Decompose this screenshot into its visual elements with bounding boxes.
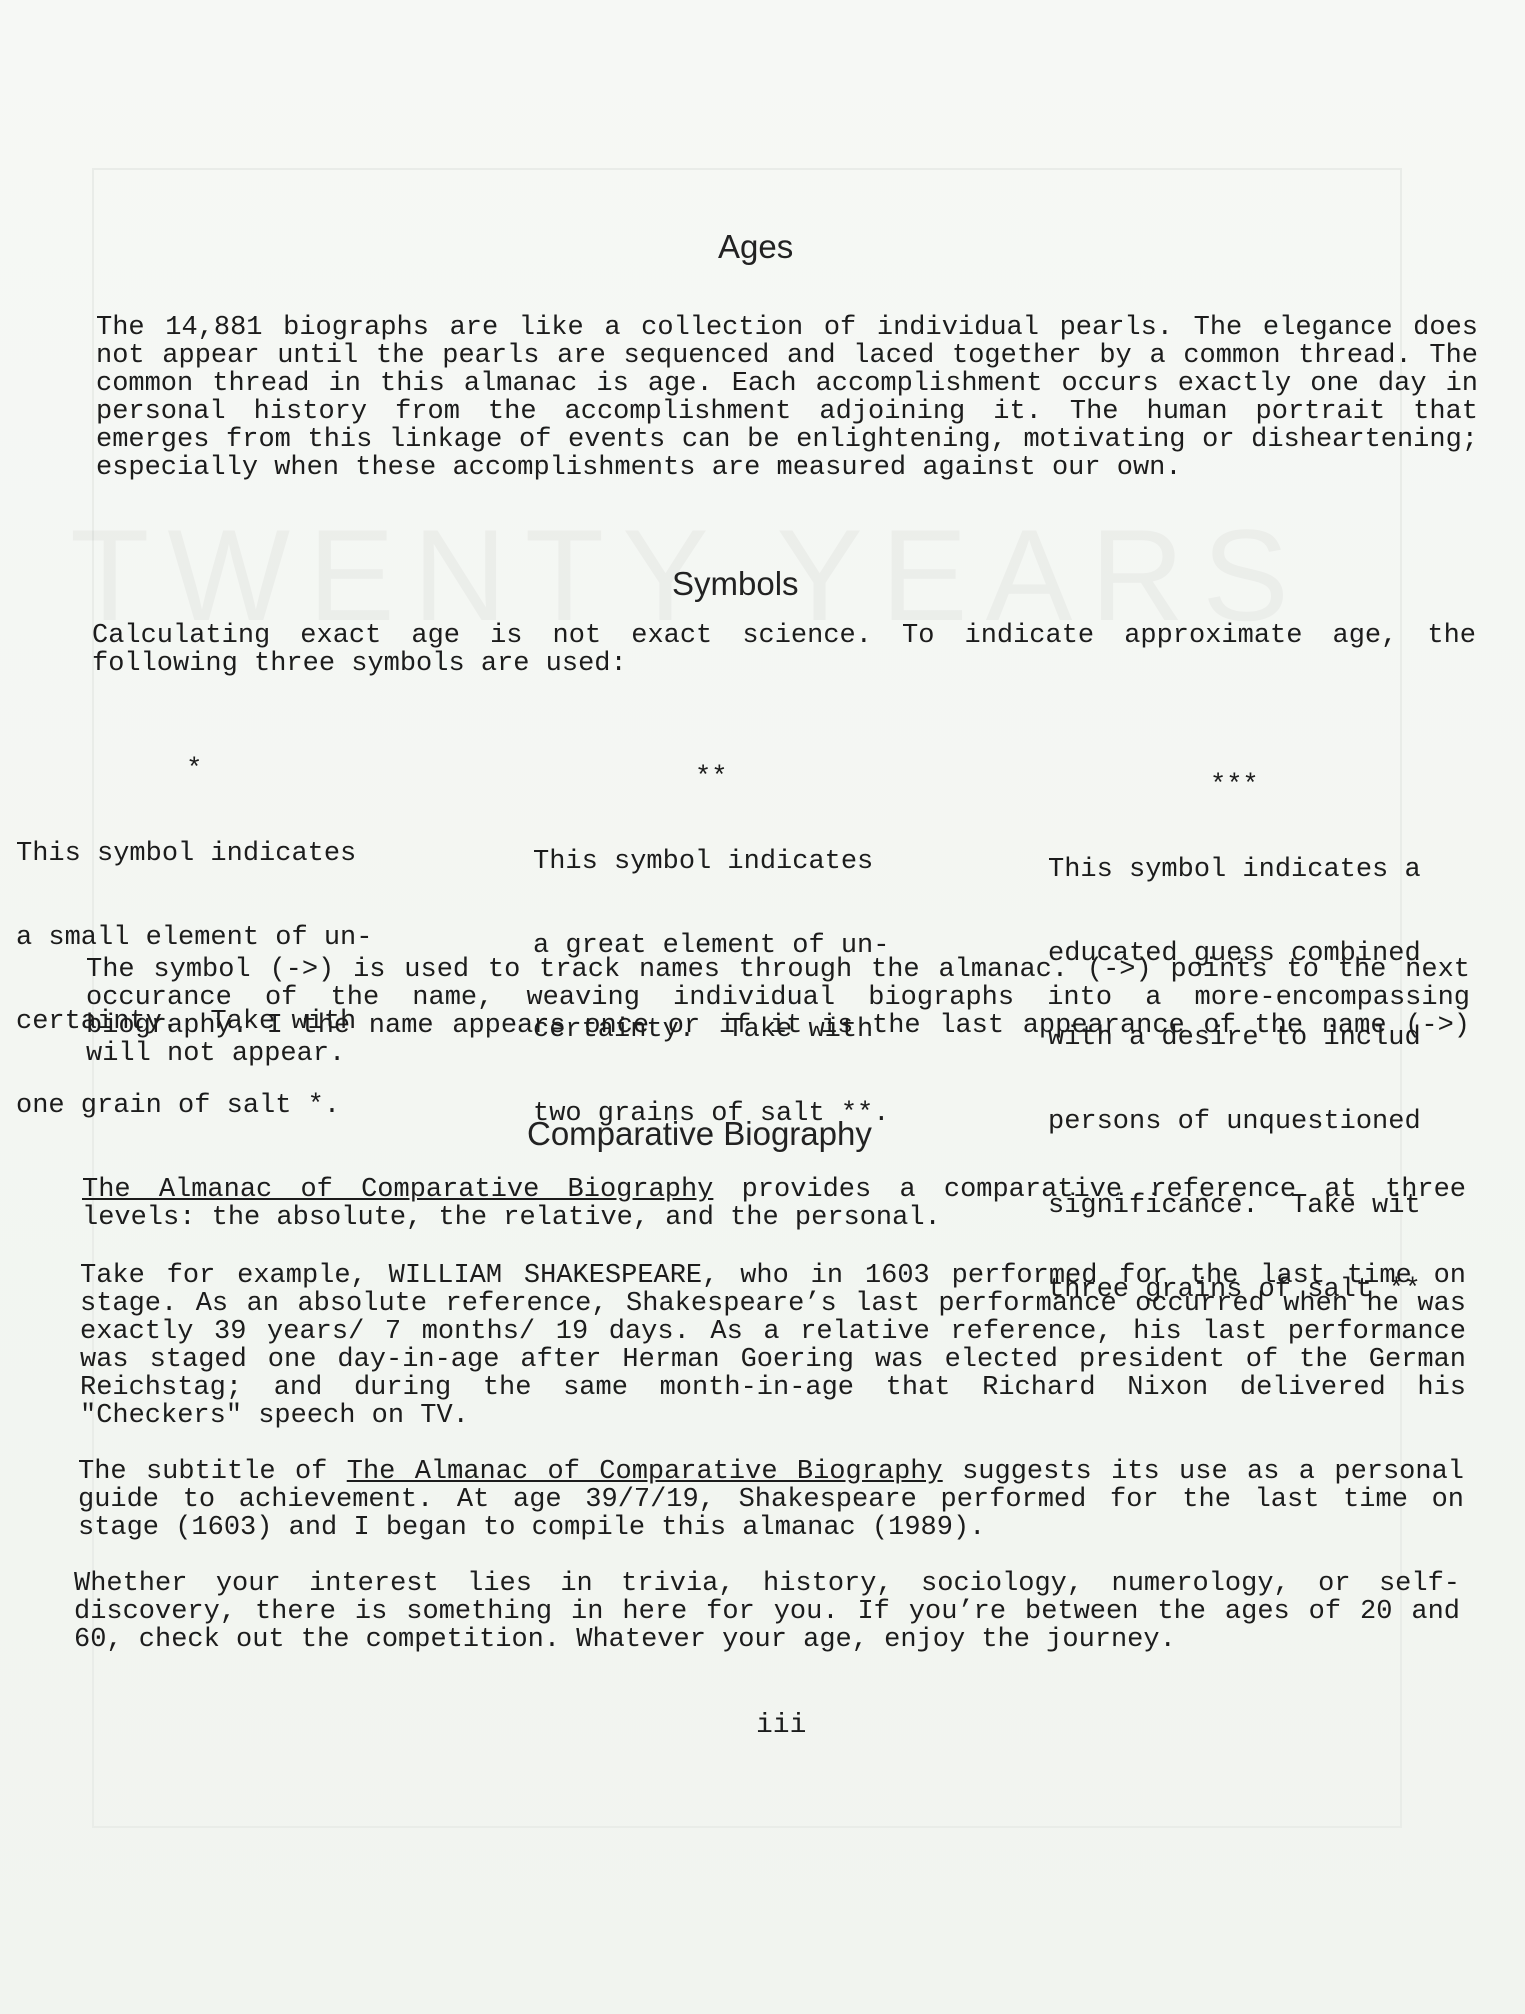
line: a small element of un- — [16, 924, 372, 952]
symbol-one-star: * This symbol indicates a small element … — [16, 700, 372, 1176]
heading-ages: Ages — [718, 228, 793, 266]
two-star-glyph: ** — [533, 764, 889, 792]
line: This symbol indicates — [533, 848, 889, 876]
heading-comparative-biography: Comparative Biography — [527, 1115, 872, 1153]
symbol-two-stars: ** This symbol indicates a great element… — [533, 708, 889, 1184]
book-title: The Almanac of Comparative Biography — [347, 1457, 943, 1487]
page-number: iii — [756, 1710, 806, 1741]
line: persons of unquestioned — [1048, 1108, 1421, 1136]
symbols-intro: Calculating exact age is not exact scien… — [92, 622, 1476, 678]
one-star-glyph: * — [16, 756, 372, 784]
line: one grain of salt *. — [16, 1092, 372, 1120]
line: This symbol indicates a — [1048, 856, 1421, 884]
ages-paragraph: The 14,881 biographs are like a collecti… — [96, 314, 1478, 482]
line: This symbol indicates — [16, 840, 372, 868]
comparative-paragraph-1: The Almanac of Comparative Biography pro… — [82, 1176, 1466, 1232]
comparative-paragraph-2: Take for example, WILLIAM SHAKESPEARE, w… — [80, 1262, 1466, 1430]
book-title: The Almanac of Comparative Biography — [82, 1175, 713, 1205]
comparative-paragraph-4: Whether your interest lies in trivia, hi… — [74, 1570, 1460, 1654]
three-star-glyph: *** — [1048, 772, 1421, 800]
arrow-symbol-paragraph: The symbol (->) is used to track names t… — [86, 956, 1470, 1068]
comparative-paragraph-3: The subtitle of The Almanac of Comparati… — [78, 1458, 1464, 1542]
scanned-page: TWENTY YEARS Ages The 14,881 biographs a… — [0, 0, 1525, 2014]
text: The subtitle of — [78, 1457, 347, 1487]
heading-symbols: Symbols — [672, 565, 799, 603]
